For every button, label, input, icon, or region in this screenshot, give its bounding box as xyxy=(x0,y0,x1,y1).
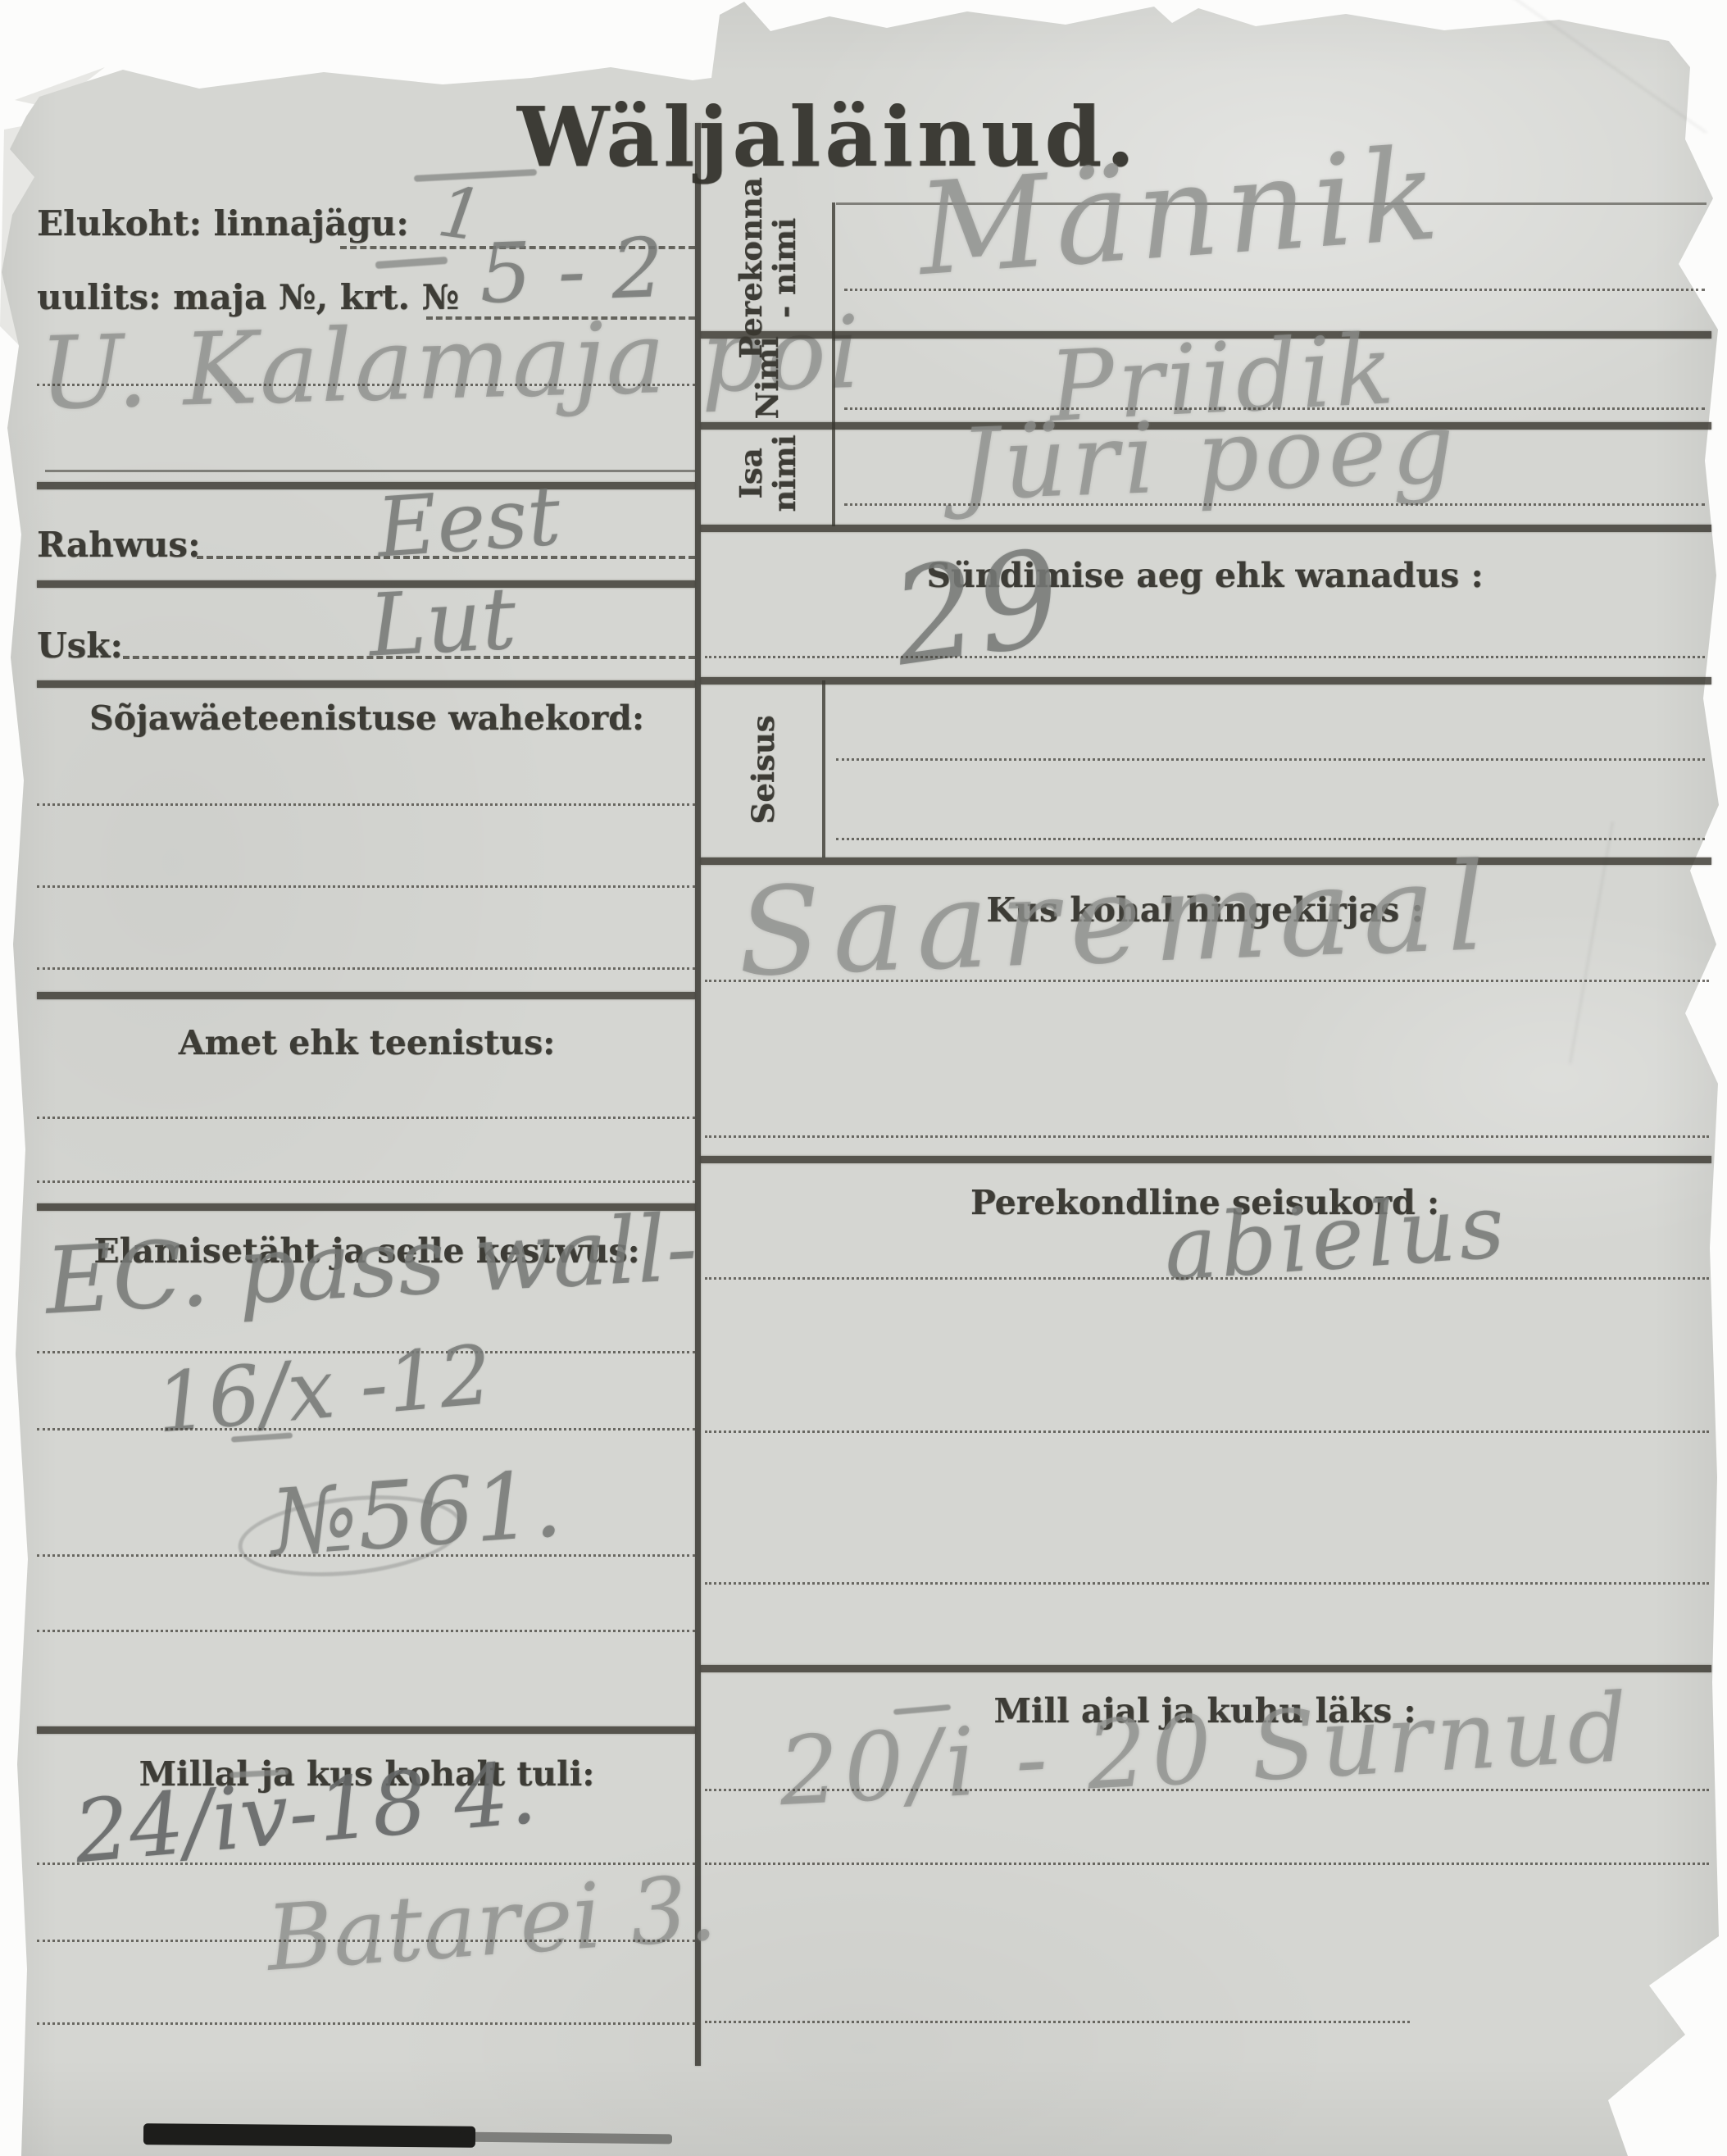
write-line xyxy=(705,1431,1709,1433)
field-label-perekonna-line2: - nimi xyxy=(768,218,802,318)
label-separator-rule xyxy=(832,202,835,526)
field-label-seisus: Seisus xyxy=(707,682,821,857)
write-line xyxy=(705,2021,1410,2023)
write-line xyxy=(37,1117,695,1119)
write-line xyxy=(836,838,1705,840)
scan-edge-artifact xyxy=(459,2132,672,2145)
rule-line xyxy=(37,482,695,489)
label-separator-rule xyxy=(822,680,825,857)
write-line xyxy=(37,1554,695,1557)
write-line xyxy=(844,289,1705,291)
handwriting-stroke xyxy=(375,257,448,269)
write-line xyxy=(705,656,1705,658)
rule-line xyxy=(701,677,1711,685)
write-line xyxy=(705,1863,1709,1865)
handwriting-millal-2: Batarei 3. xyxy=(263,1855,720,1991)
handwriting-elamisetaht-1: EC. pass wall- xyxy=(43,1194,700,1335)
section-heading-sundimise: Sündimise aeg ehk wanadus : xyxy=(701,556,1709,595)
scan-edge-artifact xyxy=(143,2123,475,2148)
field-label-isa: Isa nimi xyxy=(707,424,829,523)
handwriting-elamisetaht-3: №561. xyxy=(267,1451,566,1577)
field-label-isa-line2: nimi xyxy=(768,434,802,512)
section-heading-amet: Amet ehk teenistus: xyxy=(37,1023,697,1062)
write-line xyxy=(37,1940,695,1942)
handwriting-elamisetaht-2: 16/x -12 xyxy=(152,1326,496,1451)
write-line xyxy=(37,885,695,888)
write-line xyxy=(705,980,1709,982)
paper-crease xyxy=(1424,0,1707,134)
rule-line xyxy=(37,680,695,688)
write-line xyxy=(705,1582,1709,1585)
write-line xyxy=(37,2022,695,2025)
write-line xyxy=(37,1180,695,1183)
write-line xyxy=(37,384,695,386)
handwriting-rahwus: Eest xyxy=(374,467,563,575)
field-label-perekonna: Perekonna - nimi xyxy=(707,205,829,331)
field-label-elukoht: Elukoht: linnajägu: xyxy=(37,203,409,243)
rule-line xyxy=(37,1726,695,1734)
field-label-nimi-line1: Nimi xyxy=(751,336,784,419)
handwriting-usk: Lut xyxy=(366,568,519,675)
rule-line xyxy=(45,470,695,472)
rule-line xyxy=(701,525,1711,532)
field-label-rahwus: Rahwus: xyxy=(37,525,200,565)
handwriting-sundimise: 29 xyxy=(884,521,1070,696)
handwriting-hingekirjas: Saaremaal xyxy=(735,836,1499,1003)
rule-line xyxy=(701,1665,1711,1672)
rule-line xyxy=(37,992,695,999)
section-heading-sojawae: Sõjawäeteenistuse wahekord: xyxy=(37,698,697,738)
write-line xyxy=(37,967,695,970)
write-line xyxy=(37,1428,695,1431)
field-label-isa-line1: Isa xyxy=(734,448,768,498)
write-line xyxy=(836,758,1705,761)
write-line xyxy=(705,1789,1709,1791)
write-line xyxy=(37,803,695,806)
field-label-usk: Usk: xyxy=(37,625,123,666)
scanned-document: Wäljaläinud. Elukoht: linnajägu: 1 uulit… xyxy=(0,0,1727,2156)
write-line xyxy=(37,1630,695,1632)
write-line xyxy=(844,503,1705,506)
rule-line xyxy=(701,1156,1711,1163)
field-label-nimi: Nimi xyxy=(707,334,829,422)
write-line xyxy=(705,1135,1709,1138)
field-label-seisus-line1: Seisus xyxy=(747,716,780,825)
write-line xyxy=(705,1277,1709,1280)
